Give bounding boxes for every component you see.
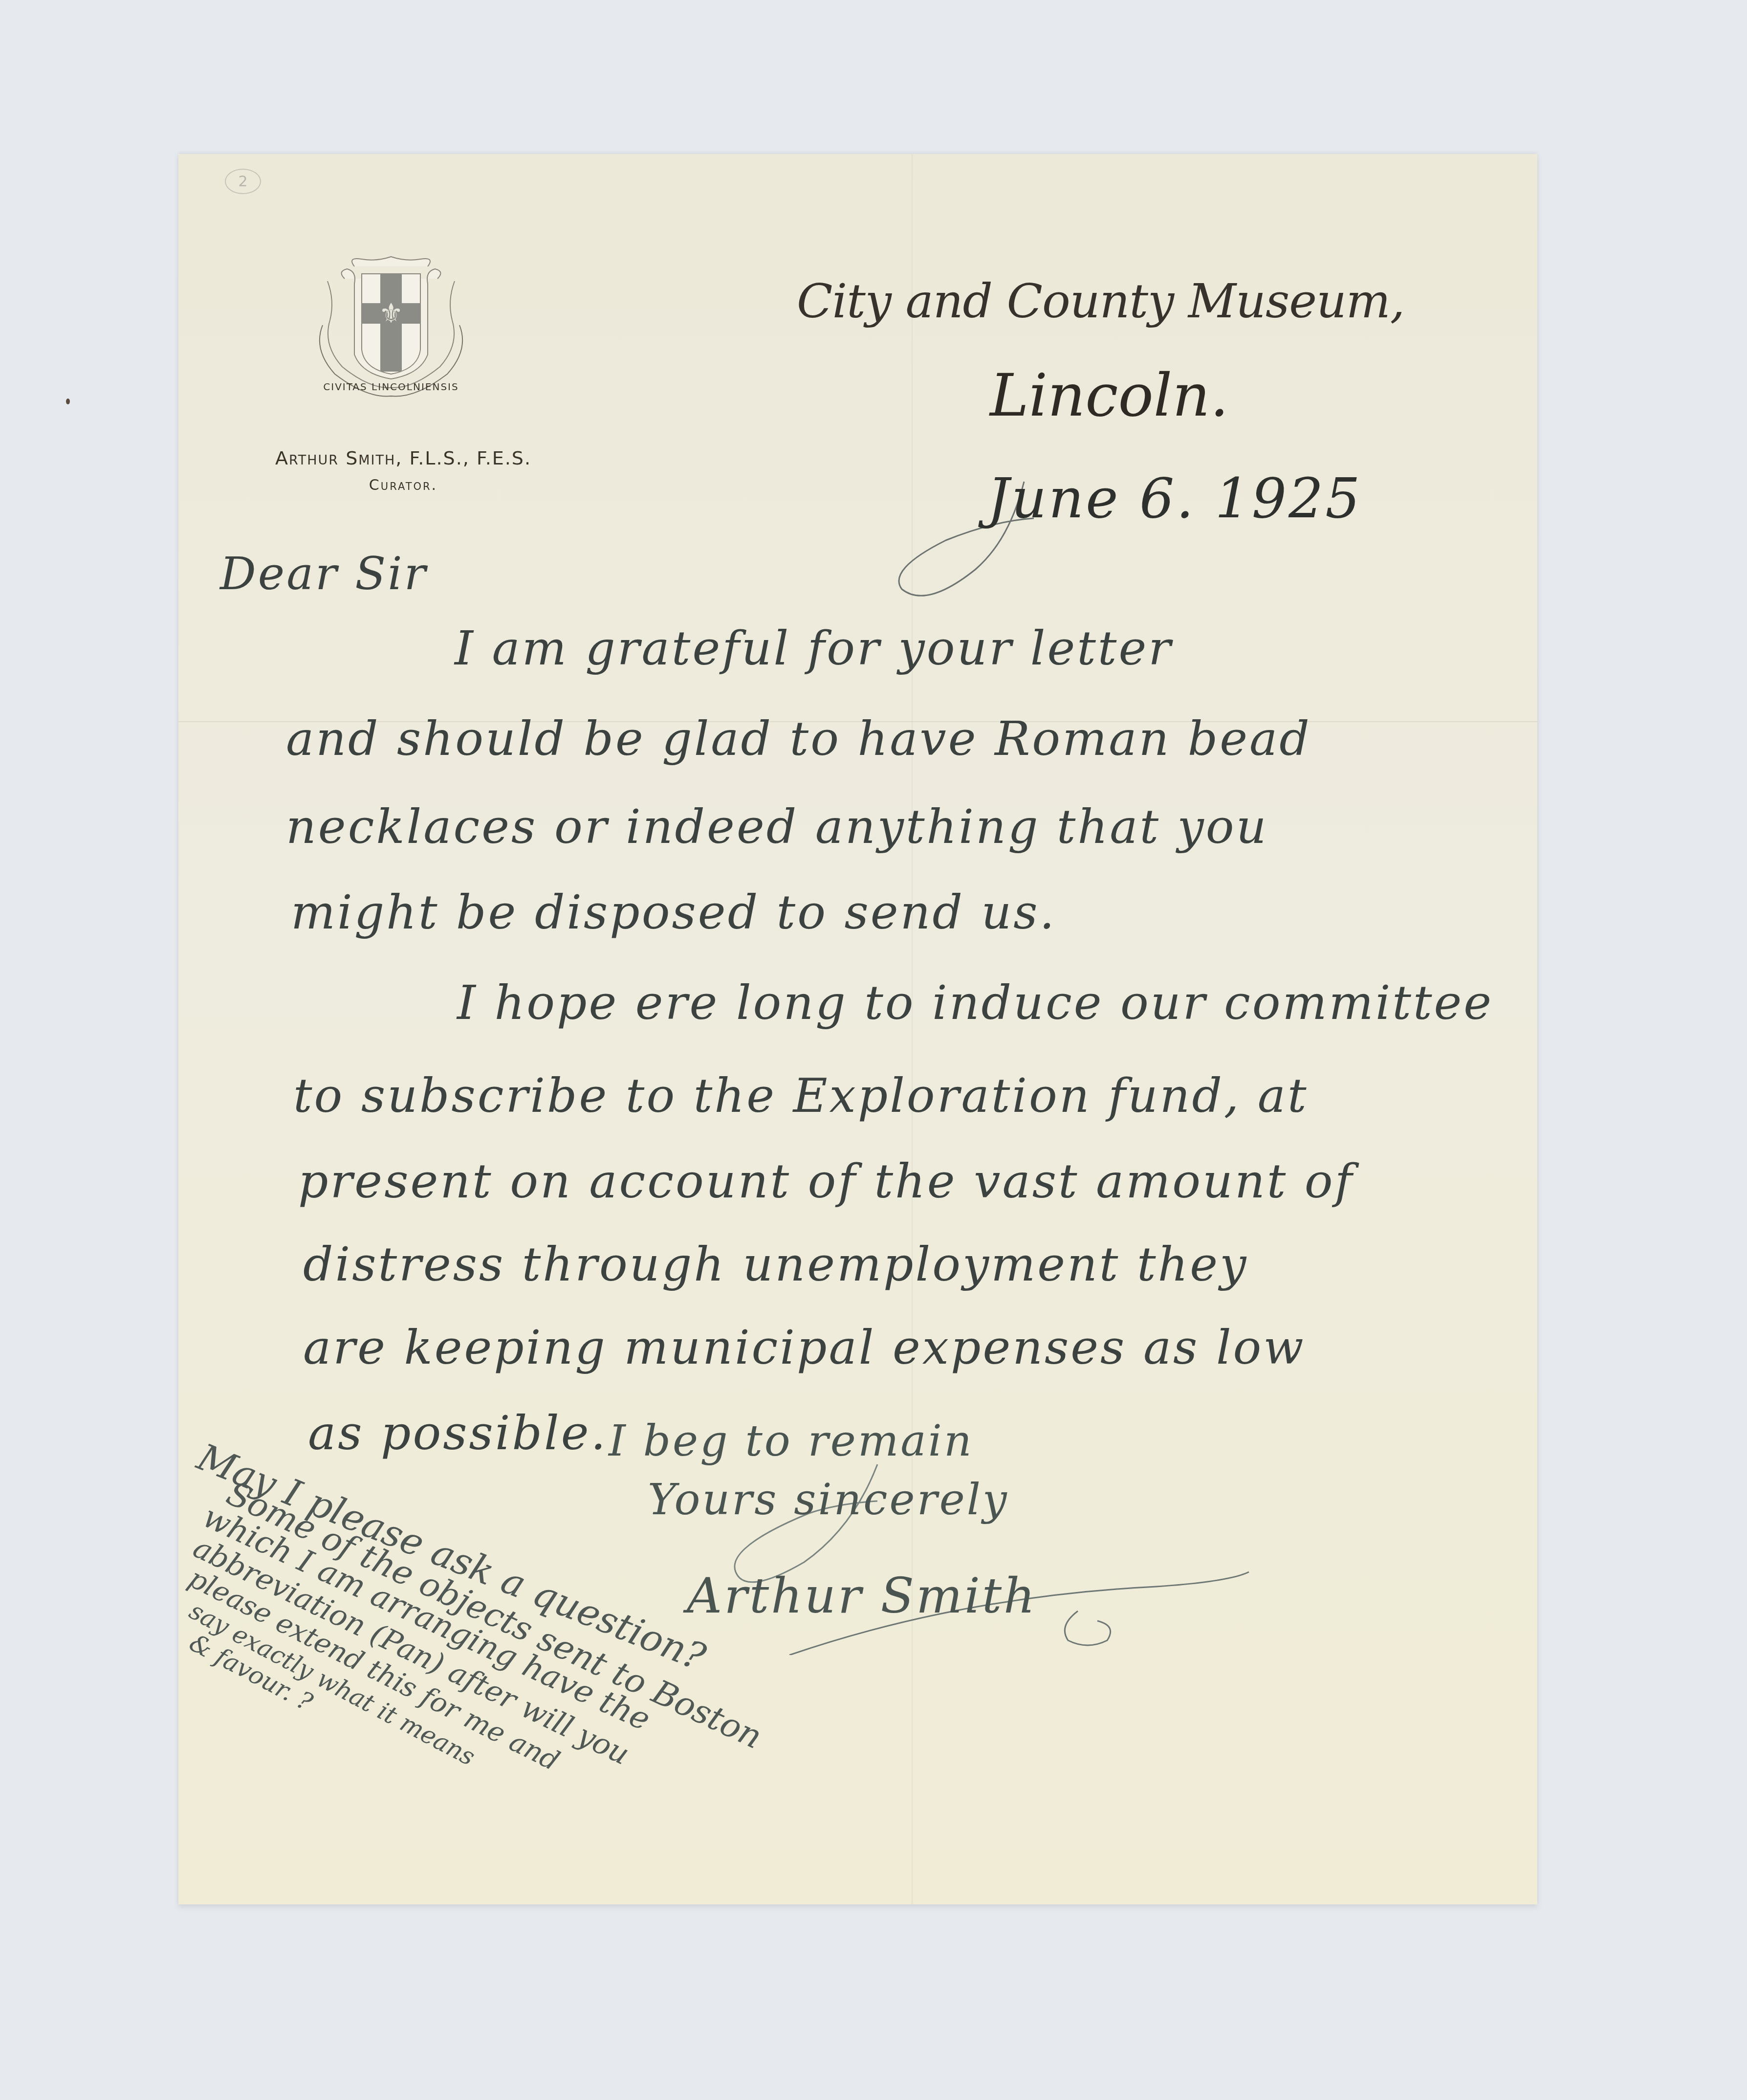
- salutation: Dear Sir: [220, 548, 428, 600]
- institution-city: Lincoln.: [990, 362, 1229, 430]
- letter-date: June 6. 1925: [987, 467, 1362, 531]
- svg-text:⚜: ⚜: [379, 298, 403, 330]
- dust-speck: [66, 398, 70, 404]
- body-line: present on account of the vast amount of: [298, 1154, 1354, 1209]
- letter-sheet: 2 ⚜ CIVITAS LINCOLNIENSIS Arthur Smith, …: [178, 154, 1537, 1904]
- body-line: I am grateful for your letter: [455, 621, 1173, 676]
- curator-name: Arthur Smith, F.L.S., F.E.S.: [266, 447, 540, 469]
- postscript: May I please ask a question? Some of the…: [208, 1435, 941, 1875]
- body-line: I hope ere long to induce our committee: [457, 975, 1493, 1030]
- institution-name: City and County Museum,: [797, 274, 1404, 329]
- body-line: to subscribe to the Exploration fund, at: [293, 1068, 1309, 1123]
- body-line: distress through unemployment they: [303, 1237, 1248, 1292]
- body-line: might be disposed to send us.: [291, 885, 1056, 940]
- pencil-page-number: 2: [225, 169, 261, 194]
- body-line: and should be glad to have Roman bead: [286, 711, 1311, 766]
- body-line: necklaces or indeed anything that you: [286, 799, 1268, 854]
- curator-title: Curator.: [266, 477, 540, 494]
- city-crest-icon: ⚜ CIVITAS LINCOLNIENSIS: [308, 252, 474, 403]
- svg-text:CIVITAS LINCOLNIENSIS: CIVITAS LINCOLNIENSIS: [323, 381, 459, 393]
- body-line: are keeping municipal expenses as low: [303, 1320, 1306, 1375]
